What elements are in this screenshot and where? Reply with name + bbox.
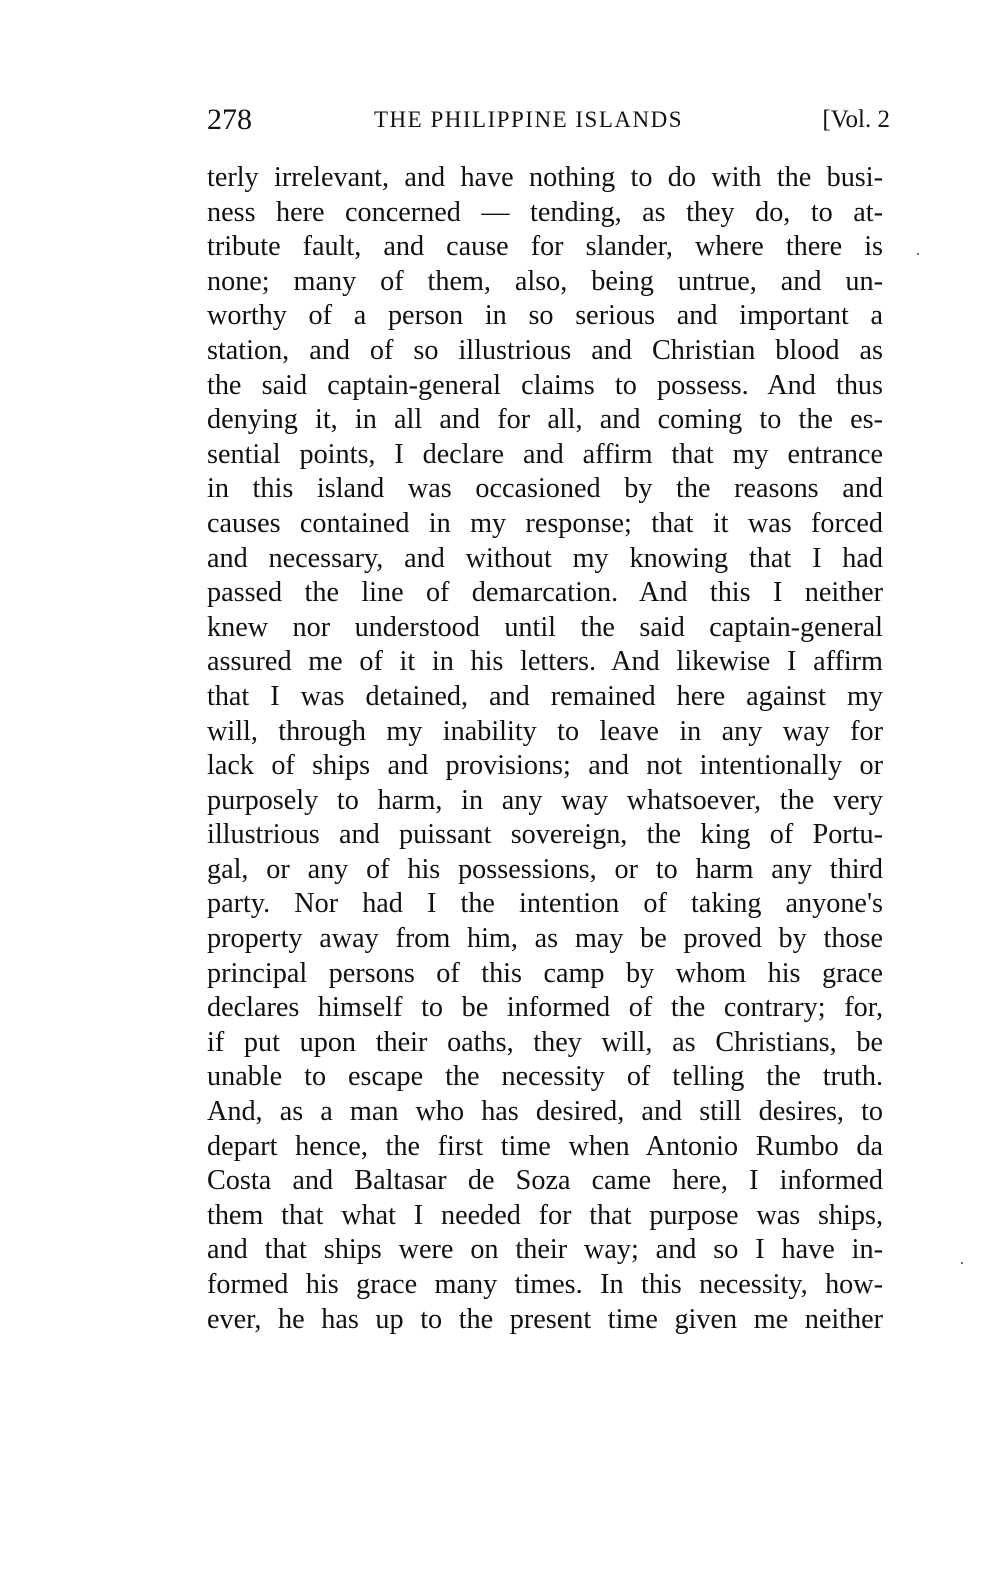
text-line: passed the line of demarcation. And this… — [207, 576, 883, 611]
text-line: tribute fault, and cause for slander, wh… — [207, 230, 883, 265]
scan-speck — [961, 1262, 963, 1264]
text-line: worthy of a person in so serious and imp… — [207, 299, 883, 334]
text-line: causes contained in my response; that it… — [207, 507, 883, 542]
text-line: sential points, I declare and affirm tha… — [207, 438, 883, 473]
text-line: none; many of them, also, being untrue, … — [207, 265, 883, 300]
text-line: principal persons of this camp by whom h… — [207, 957, 883, 992]
text-line: declares himself to be informed of the c… — [207, 991, 883, 1026]
text-line: the said captain-general claims to posse… — [207, 369, 883, 404]
text-line: party. Nor had I the intention of taking… — [207, 887, 883, 922]
text-line: purposely to harm, in any way whatsoever… — [207, 784, 883, 819]
text-line: gal, or any of his possessions, or to ha… — [207, 853, 883, 888]
body-text: terly irrelevant, and have nothing to do… — [207, 161, 883, 1337]
text-line: ness here concerned — tending, as they d… — [207, 196, 883, 231]
text-line: Costa and Baltasar de Soza came here, I … — [207, 1164, 883, 1199]
text-line: that I was detained, and remained here a… — [207, 680, 883, 715]
scan-speck — [917, 253, 919, 255]
text-line: assured me of it in his letters. And lik… — [207, 645, 883, 680]
text-line: property away from him, as may be proved… — [207, 922, 883, 957]
text-line: and that ships were on their way; and so… — [207, 1233, 883, 1268]
text-line: And, as a man who has desired, and still… — [207, 1095, 883, 1130]
text-line: station, and of so illustrious and Chris… — [207, 334, 883, 369]
running-title: THE PHILIPPINE ISLANDS — [207, 100, 890, 140]
text-line: denying it, in all and for all, and comi… — [207, 403, 883, 438]
text-line: and necessary, and without my knowing th… — [207, 542, 883, 577]
text-line: illustrious and puissant sovereign, the … — [207, 818, 883, 853]
text-line: terly irrelevant, and have nothing to do… — [207, 161, 883, 196]
page-header: 278 THE PHILIPPINE ISLANDS [Vol. 2 — [207, 100, 890, 140]
text-line: will, through my inability to leave in a… — [207, 715, 883, 750]
text-line: formed his grace many times. In this nec… — [207, 1268, 883, 1303]
text-line: if put upon their oaths, they will, as C… — [207, 1026, 883, 1061]
text-line: unable to escape the necessity of tellin… — [207, 1060, 883, 1095]
text-line: ever, he has up to the present time give… — [207, 1303, 883, 1338]
text-line: them that what I needed for that purpose… — [207, 1199, 883, 1234]
volume-label: [Vol. 2 — [822, 100, 890, 140]
text-line: in this island was occasioned by the rea… — [207, 472, 883, 507]
text-line: lack of ships and provisions; and not in… — [207, 749, 883, 784]
text-line: knew nor understood until the said capta… — [207, 611, 883, 646]
text-line: depart hence, the first time when Antoni… — [207, 1130, 883, 1165]
